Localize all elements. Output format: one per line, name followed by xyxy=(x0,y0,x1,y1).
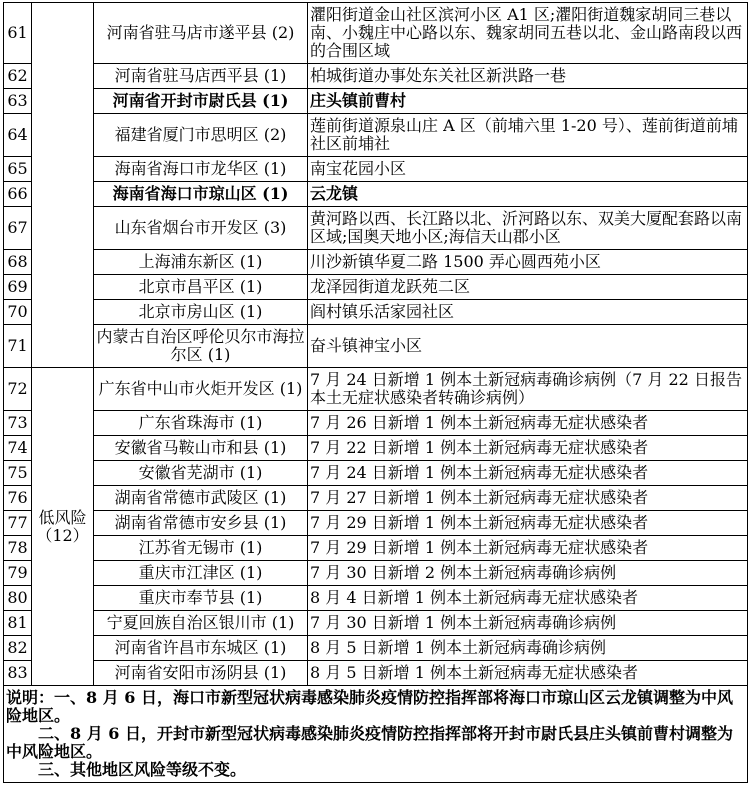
row-number-cell: 67 xyxy=(4,207,32,250)
location-cell: 河南省驻马店西平县 (1) xyxy=(94,64,308,89)
detail-cell: 8 月 4 日新增 1 例本土新冠病毒无症状感染者 xyxy=(308,586,748,611)
table-row: 78江苏省无锡市 (1)7 月 29 日新增 1 例本土新冠病毒无症状感染者 xyxy=(4,536,748,561)
detail-cell: 奋斗镇神宝小区 xyxy=(308,325,748,368)
risk-category-cell: 低风险 （12） xyxy=(32,368,94,686)
detail-cell: 8 月 5 日新增 1 例本土新冠病毒无症状感染者 xyxy=(308,661,748,686)
location-cell: 重庆市奉节县 (1) xyxy=(94,586,308,611)
location-cell: 内蒙古自治区呼伦贝尔市海拉尔区 (1) xyxy=(94,325,308,368)
table-row: 73广东省珠海市 (1)7 月 26 日新增 1 例本土新冠病毒无症状感染者 xyxy=(4,411,748,436)
table-row: 77湖南省常德市安乡县 (1)7 月 29 日新增 1 例本土新冠病毒无症状感染… xyxy=(4,511,748,536)
row-number-cell: 73 xyxy=(4,411,32,436)
table-row: 68上海浦东新区 (1)川沙新镇华夏二路 1500 弄心圆西苑小区 xyxy=(4,250,748,275)
row-number-cell: 76 xyxy=(4,486,32,511)
detail-cell: 7 月 26 日新增 1 例本土新冠病毒无症状感染者 xyxy=(308,411,748,436)
detail-cell: 7 月 24 日新增 1 例本土新冠病毒无症状感染者 xyxy=(308,461,748,486)
location-cell: 广东省中山市火炬开发区 (1) xyxy=(94,368,308,411)
row-number-cell: 71 xyxy=(4,325,32,368)
detail-cell: 7 月 29 日新增 1 例本土新冠病毒无症状感染者 xyxy=(308,536,748,561)
row-number-cell: 64 xyxy=(4,114,32,157)
table-row: 64福建省厦门市思明区 (2)莲前街道源泉山庄 A 区（前埔六里 1-20 号）… xyxy=(4,114,748,157)
row-number-cell: 72 xyxy=(4,368,32,411)
detail-cell: 庄头镇前曹村 xyxy=(308,89,748,114)
note-line-2: 二、8 月 6 日，开封市新型冠状病毒感染肺炎疫情防控指挥部将开封市尉氏县庄头镇… xyxy=(6,725,745,761)
table-row: 74安徽省马鞍山市和县 (1)7 月 22 日新增 1 例本土新冠病毒无症状感染… xyxy=(4,436,748,461)
table-row: 70北京市房山区 (1)阎村镇乐活家园社区 xyxy=(4,300,748,325)
table-row: 76湖南省常德市武陵区 (1)7 月 27 日新增 1 例本土新冠病毒无症状感染… xyxy=(4,486,748,511)
table-row: 80重庆市奉节县 (1)8 月 4 日新增 1 例本土新冠病毒无症状感染者 xyxy=(4,586,748,611)
location-cell: 安徽省芜湖市 (1) xyxy=(94,461,308,486)
table-row: 63河南省开封市尉氏县 (1)庄头镇前曹村 xyxy=(4,89,748,114)
location-cell: 北京市昌平区 (1) xyxy=(94,275,308,300)
table-row: 82河南省许昌市东城区 (1)8 月 5 日新增 1 例本土新冠病毒确诊病例 xyxy=(4,636,748,661)
location-cell: 广东省珠海市 (1) xyxy=(94,411,308,436)
detail-cell: 7 月 30 日新增 1 例本土新冠病毒确诊病例 xyxy=(308,611,748,636)
location-cell: 重庆市江津区 (1) xyxy=(94,561,308,586)
detail-cell: 莲前街道源泉山庄 A 区（前埔六里 1-20 号）、莲前街道前埔社区前埔社 xyxy=(308,114,748,157)
row-number-cell: 82 xyxy=(4,636,32,661)
notes-cell: 说明：一、8 月 6 日，海口市新型冠状病毒感染肺炎疫情防控指挥部将海口市琼山区… xyxy=(4,686,748,783)
row-number-cell: 61 xyxy=(4,3,32,64)
location-cell: 河南省许昌市东城区 (1) xyxy=(94,636,308,661)
detail-cell: 8 月 5 日新增 1 例本土新冠病毒确诊病例 xyxy=(308,636,748,661)
row-number-cell: 69 xyxy=(4,275,32,300)
location-cell: 海南省海口市龙华区 (1) xyxy=(94,157,308,182)
row-number-cell: 70 xyxy=(4,300,32,325)
detail-cell: 7 月 22 日新增 1 例本土新冠病毒无症状感染者 xyxy=(308,436,748,461)
table-notes-section: 说明：一、8 月 6 日，海口市新型冠状病毒感染肺炎疫情防控指挥部将海口市琼山区… xyxy=(4,686,748,783)
location-cell: 江苏省无锡市 (1) xyxy=(94,536,308,561)
detail-cell: 阎村镇乐活家园社区 xyxy=(308,300,748,325)
table-row: 79重庆市江津区 (1)7 月 30 日新增 2 例本土新冠病毒确诊病例 xyxy=(4,561,748,586)
row-number-cell: 77 xyxy=(4,511,32,536)
table-row: 66海南省海口市琼山区 (1)云龙镇 xyxy=(4,182,748,207)
table-row: 83河南省安阳市汤阴县 (1)8 月 5 日新增 1 例本土新冠病毒无症状感染者 xyxy=(4,661,748,686)
row-number-cell: 80 xyxy=(4,586,32,611)
location-cell: 河南省开封市尉氏县 (1) xyxy=(94,89,308,114)
row-number-cell: 62 xyxy=(4,64,32,89)
row-number-cell: 79 xyxy=(4,561,32,586)
note-line-1: 说明：一、8 月 6 日，海口市新型冠状病毒感染肺炎疫情防控指挥部将海口市琼山区… xyxy=(6,689,745,725)
detail-cell: 灈阳街道金山社区滨河小区 A1 区;灈阳街道魏家胡同三巷以南、小魏庄中心路以东、… xyxy=(308,3,748,64)
detail-cell: 柏城街道办事处东关社区新洪路一巷 xyxy=(308,64,748,89)
detail-cell: 南宝花园小区 xyxy=(308,157,748,182)
table-row: 72低风险 （12）广东省中山市火炬开发区 (1)7 月 24 日新增 1 例本… xyxy=(4,368,748,411)
row-number-cell: 74 xyxy=(4,436,32,461)
location-cell: 河南省驻马店市遂平县 (2) xyxy=(94,3,308,64)
location-cell: 宁夏回族自治区银川市 (1) xyxy=(94,611,308,636)
detail-cell: 川沙新镇华夏二路 1500 弄心圆西苑小区 xyxy=(308,250,748,275)
risk-category-cell xyxy=(32,3,94,368)
row-number-cell: 68 xyxy=(4,250,32,275)
table-row: 67山东省烟台市开发区 (3)黄河路以西、长江路以北、沂河路以东、双美大厦配套路… xyxy=(4,207,748,250)
table-row: 62河南省驻马店西平县 (1)柏城街道办事处东关社区新洪路一巷 xyxy=(4,64,748,89)
detail-cell: 7 月 29 日新增 1 例本土新冠病毒无症状感染者 xyxy=(308,511,748,536)
row-number-cell: 65 xyxy=(4,157,32,182)
table-row: 81宁夏回族自治区银川市 (1)7 月 30 日新增 1 例本土新冠病毒确诊病例 xyxy=(4,611,748,636)
location-cell: 北京市房山区 (1) xyxy=(94,300,308,325)
table-body: 61河南省驻马店市遂平县 (2)灈阳街道金山社区滨河小区 A1 区;灈阳街道魏家… xyxy=(4,3,748,686)
detail-cell: 黄河路以西、长江路以北、沂河路以东、双美大厦配套路以南区域;国奥天地小区;海信天… xyxy=(308,207,748,250)
row-number-cell: 75 xyxy=(4,461,32,486)
detail-cell: 龙泽园街道龙跃苑二区 xyxy=(308,275,748,300)
risk-area-table: 61河南省驻马店市遂平县 (2)灈阳街道金山社区滨河小区 A1 区;灈阳街道魏家… xyxy=(3,2,748,783)
table-row: 61河南省驻马店市遂平县 (2)灈阳街道金山社区滨河小区 A1 区;灈阳街道魏家… xyxy=(4,3,748,64)
detail-cell: 7 月 30 日新增 2 例本土新冠病毒确诊病例 xyxy=(308,561,748,586)
row-number-cell: 78 xyxy=(4,536,32,561)
location-cell: 湖南省常德市安乡县 (1) xyxy=(94,511,308,536)
row-number-cell: 63 xyxy=(4,89,32,114)
note-line-3: 三、其他地区风险等级不变。 xyxy=(6,761,745,779)
detail-cell: 7 月 27 日新增 1 例本土新冠病毒无症状感染者 xyxy=(308,486,748,511)
detail-cell: 7 月 24 日新增 1 例本土新冠病毒确诊病例（7 月 22 日报告本土无症状… xyxy=(308,368,748,411)
location-cell: 安徽省马鞍山市和县 (1) xyxy=(94,436,308,461)
row-number-cell: 66 xyxy=(4,182,32,207)
notes-row: 说明：一、8 月 6 日，海口市新型冠状病毒感染肺炎疫情防控指挥部将海口市琼山区… xyxy=(4,686,748,783)
location-cell: 海南省海口市琼山区 (1) xyxy=(94,182,308,207)
row-number-cell: 83 xyxy=(4,661,32,686)
location-cell: 湖南省常德市武陵区 (1) xyxy=(94,486,308,511)
location-cell: 上海浦东新区 (1) xyxy=(94,250,308,275)
table-row: 69北京市昌平区 (1)龙泽园街道龙跃苑二区 xyxy=(4,275,748,300)
row-number-cell: 81 xyxy=(4,611,32,636)
risk-area-notice-page: 61河南省驻马店市遂平县 (2)灈阳街道金山社区滨河小区 A1 区;灈阳街道魏家… xyxy=(0,0,751,783)
table-row: 71内蒙古自治区呼伦贝尔市海拉尔区 (1)奋斗镇神宝小区 xyxy=(4,325,748,368)
location-cell: 河南省安阳市汤阴县 (1) xyxy=(94,661,308,686)
table-row: 75安徽省芜湖市 (1)7 月 24 日新增 1 例本土新冠病毒无症状感染者 xyxy=(4,461,748,486)
table-row: 65海南省海口市龙华区 (1)南宝花园小区 xyxy=(4,157,748,182)
location-cell: 山东省烟台市开发区 (3) xyxy=(94,207,308,250)
location-cell: 福建省厦门市思明区 (2) xyxy=(94,114,308,157)
detail-cell: 云龙镇 xyxy=(308,182,748,207)
